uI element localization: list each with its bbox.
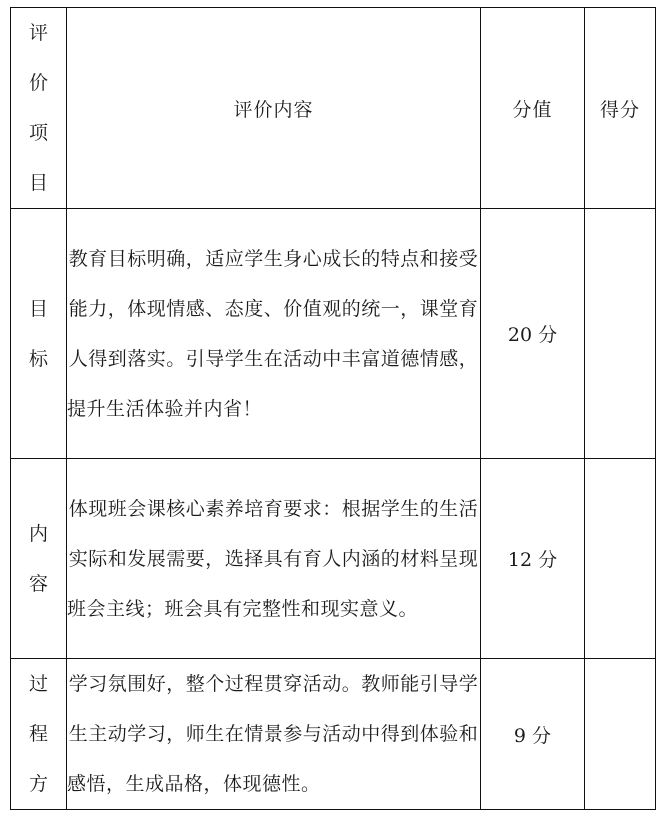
item-cell-goal: 目 标	[11, 209, 67, 459]
header-evaluation-content: 评价内容	[67, 8, 481, 209]
header-row: 评 价 项 目 评价内容 分值 得分	[11, 8, 656, 209]
item-cell-content: 内 容	[11, 459, 67, 659]
header-item-char: 项	[29, 108, 48, 158]
header-score-obtained: 得分	[585, 8, 656, 209]
score-value-cell-content: 12 分	[481, 459, 585, 659]
header-item-char: 目	[29, 158, 48, 208]
table-row: 目 标 教育目标明确，适应学生身心成长的特点和接受能力，体现情感、态度、价值观的…	[11, 209, 656, 459]
item-char: 内	[29, 509, 48, 559]
score-value-cell-process: 9 分	[481, 659, 585, 810]
item-char: 过	[29, 659, 48, 709]
content-cell-goal: 教育目标明确，适应学生身心成长的特点和接受能力，体现情感、态度、价值观的统一，课…	[67, 209, 481, 459]
header-score-obtained-label: 得分	[600, 99, 640, 121]
score-value-cell-goal: 20 分	[481, 209, 585, 459]
header-evaluation-item: 评 价 项 目	[11, 8, 67, 209]
item-char: 目	[29, 284, 48, 334]
content-cell-content: 体现班会课核心素养培育要求：根据学生的生活实际和发展需要，选择具有育人内涵的材料…	[67, 459, 481, 659]
header-content-label: 评价内容	[233, 99, 313, 121]
table-row: 内 容 体现班会课核心素养培育要求：根据学生的生活实际和发展需要，选择具有育人内…	[11, 459, 656, 659]
score-obtained-cell-goal[interactable]	[585, 209, 656, 459]
content-cell-process: 学习氛围好，整个过程贯穿活动。教师能引导学生主动学习，师生在情景参与活动中得到体…	[67, 659, 481, 810]
evaluation-table: 评 价 项 目 评价内容 分值 得分 目 标	[10, 7, 656, 810]
header-item-char: 评	[29, 8, 48, 58]
item-char: 容	[29, 559, 48, 609]
header-item-char: 价	[29, 58, 48, 108]
table-row: 过 程 方 学习氛围好，整个过程贯穿活动。教师能引导学生主动学习，师生在情景参与…	[11, 659, 656, 810]
header-score-value: 分值	[481, 8, 585, 209]
score-obtained-cell-process[interactable]	[585, 659, 656, 810]
header-score-value-label: 分值	[512, 99, 552, 121]
item-cell-process: 过 程 方	[11, 659, 67, 810]
item-char: 标	[29, 334, 48, 384]
item-char: 程	[29, 709, 48, 759]
item-char: 方	[29, 759, 48, 809]
score-obtained-cell-content[interactable]	[585, 459, 656, 659]
